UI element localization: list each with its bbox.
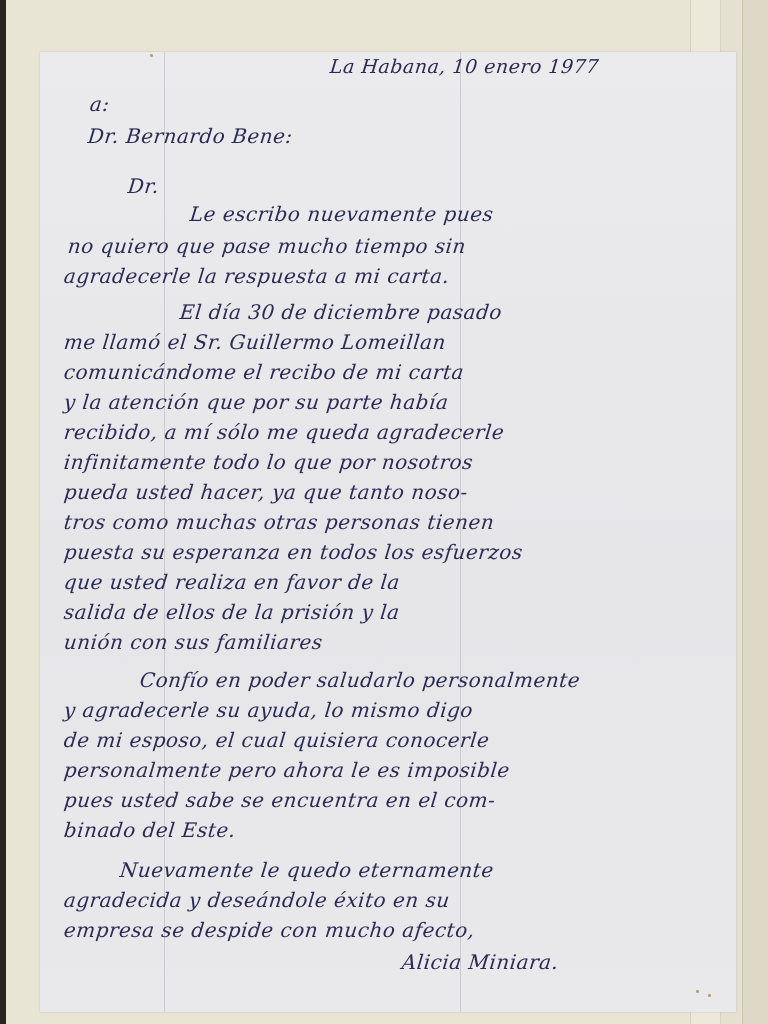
paper-stain [150, 54, 153, 57]
body-line: Le escribo nuevamente pues [189, 202, 495, 226]
body-line: puesta su esperanza en todos los esfuerz… [63, 540, 524, 564]
body-line: agradecida y deseándole éxito en su [63, 888, 451, 912]
body-line: Confío en poder saludarlo personalmente [139, 668, 582, 692]
body-line: y agradecerle su ayuda, lo mismo digo [63, 698, 475, 722]
body-line: pueda usted hacer, ya que tanto noso- [63, 480, 469, 504]
body-line: Nuevamente le quedo eternamente [119, 858, 495, 882]
body-line: agradecerle la respuesta a mi carta. [63, 264, 451, 288]
paper-stain [708, 994, 711, 997]
body-line: unión con sus familiares [63, 630, 324, 654]
body-line: de mi esposo, el cual quisiera conocerle [63, 728, 491, 752]
letter-sheet: La Habana, 10 enero 1977 a: Dr. Bernardo… [40, 52, 736, 1012]
greeting: Dr. [127, 174, 161, 198]
body-line: me llamó el Sr. Guillermo Lomeillan [63, 330, 448, 354]
body-line: comunicándome el recibo de mi carta [63, 360, 466, 384]
signature: Alicia Miniara. [401, 950, 560, 974]
body-line: El día 30 de diciembre pasado [179, 300, 504, 324]
body-line: empresa se despide con mucho afecto, [63, 918, 476, 942]
body-line: tros como muchas otras personas tienen [63, 510, 496, 534]
salutation-to: a: [89, 92, 111, 116]
body-line: personalmente pero ahora le es imposible [63, 758, 511, 782]
frame-edge [0, 0, 6, 1024]
paper-stain [696, 990, 699, 993]
body-line: infinitamente todo lo que por nosotros [63, 450, 475, 474]
body-line: recibido, a mí sólo me queda agradecerle [63, 420, 506, 444]
body-line: que usted realiza en favor de la [63, 570, 401, 594]
place-date: La Habana, 10 enero 1977 [329, 56, 600, 78]
body-line: binado del Este. [63, 818, 237, 842]
folder-page-edge [742, 0, 768, 1024]
body-line: pues usted sabe se encuentra en el com- [63, 788, 497, 812]
body-line: salida de ellos de la prisión y la [63, 600, 401, 624]
recipient: Dr. Bernardo Bene: [87, 124, 294, 148]
body-line: y la atención que por su parte había [63, 390, 450, 414]
body-line: no quiero que pase mucho tiempo sin [67, 234, 468, 258]
